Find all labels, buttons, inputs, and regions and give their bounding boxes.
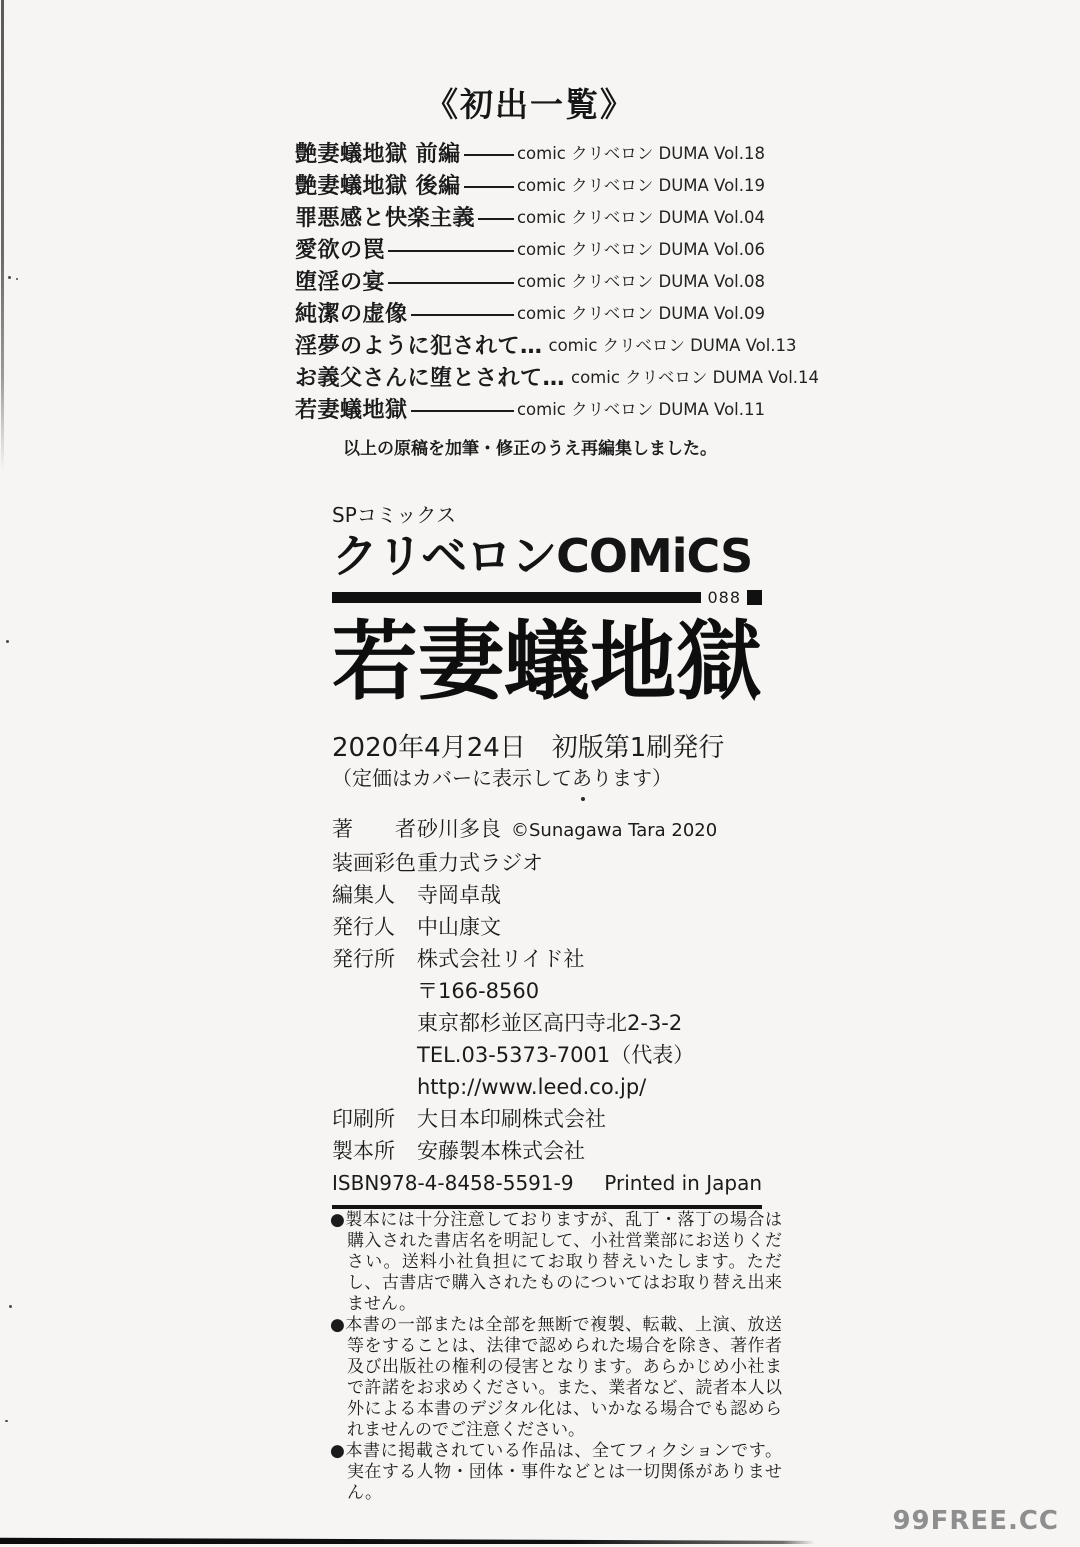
work-source: comic クリベロン DUMA Vol.09 [517,300,765,324]
credit-value: 寺岡卓哉 [417,879,501,911]
credit-value: 株式会社リイド社 [417,943,584,975]
list-item: 堕淫の宴 comic クリベロン DUMA Vol.08 [295,264,765,296]
publisher-postal-code: 〒166-8560 [417,975,762,1007]
series-label-small: SPコミックス [332,503,762,527]
dust-speck [16,278,18,280]
work-title: 罪悪感と快楽主義 [295,201,475,232]
credit-label: 著 者 [332,813,417,845]
site-watermark: 99FREE.CC [892,1506,1059,1536]
edition-date: 2020年4月24日 初版第1刷発行 [332,733,762,763]
dust-speck [6,640,9,643]
dust-speck [8,276,11,279]
isbn-row: ISBN978-4-8458-5591-9 Printed in Japan [332,1167,762,1199]
price-note: （定価はカバーに表示してあります） [332,765,762,791]
list-item: 淫夢のように犯されて… comic クリベロン DUMA Vol.13 [295,328,765,360]
work-source: comic クリベロン DUMA Vol.04 [517,204,765,228]
credit-label: 発行所 [332,943,417,975]
credit-list: 著 者 砂川多良 ©Sunagawa Tara 2020 装画彩色 重力式ラジオ… [332,813,762,1167]
work-title: 堕淫の宴 [295,265,385,296]
credit-row-publisher-person: 発行人 中山康文 [332,911,762,943]
reedit-note: 以上の原稿を加筆・修正のうえ再編集しました。 [295,434,765,459]
credit-label: 編集人 [332,879,417,911]
credit-row-editor: 編集人 寺岡卓哉 [332,879,762,911]
colophon-divider-rule [332,1205,762,1209]
leader-line [388,282,514,284]
work-source: comic クリベロン DUMA Vol.14 [571,364,819,388]
credit-row-publisher-company: 発行所 株式会社リイド社 [332,943,762,975]
work-source: comic クリベロン DUMA Vol.11 [517,396,765,420]
isbn-number: ISBN978-4-8458-5591-9 [332,1167,574,1199]
credit-row-printer: 印刷所 大日本印刷株式会社 [332,1103,762,1135]
credit-value: 砂川多良 [417,813,501,845]
scan-edge-line [1,0,4,470]
list-item: 罪悪感と快楽主義 comic クリベロン DUMA Vol.04 [295,200,765,232]
credit-label: 印刷所 [332,1103,417,1135]
series-number-end-square-icon [747,590,762,605]
credit-value: 大日本印刷株式会社 [417,1103,606,1135]
legal-paragraph-copyright: ●本書の一部または全部を無断で複製、転載、上演、放送等をすることは、法律で認めら… [330,1315,782,1441]
work-source: comic クリベロン DUMA Vol.08 [517,268,765,292]
series-number: 088 [707,588,741,607]
leader-line [388,250,514,252]
work-title: 純潔の虚像 [295,297,408,328]
leader-line [464,154,514,156]
list-item: 艶妻蟻地獄 前編 comic クリベロン DUMA Vol.18 [295,136,765,168]
work-title: 若妻蟻地獄 [295,393,408,424]
work-title: 艶妻蟻地獄 後編 [295,169,461,200]
work-title: 艶妻蟻地獄 前編 [295,137,461,168]
dust-speck [9,1305,12,1308]
leader-line [478,218,514,220]
leader-line [411,410,514,412]
work-source: comic クリベロン DUMA Vol.06 [517,236,765,260]
colophon: SPコミックス クリベロンCOMiCS 088 若妻蟻地獄 2020年4月24日… [332,503,762,1209]
credit-label: 装画彩色 [332,847,417,879]
series-number-bar: 088 [332,590,762,605]
credit-row-author: 著 者 砂川多良 ©Sunagawa Tara 2020 [332,813,762,847]
dust-speck [5,1420,8,1422]
publisher-address: 東京都杉並区高円寺北2-3-2 [417,1007,762,1039]
printed-in-japan: Printed in Japan [604,1167,762,1199]
work-title: 淫夢のように犯されて… [295,329,543,360]
credit-value: 重力式ラジオ [417,847,543,879]
publisher-phone: TEL.03-5373-7001（代表） [417,1039,762,1071]
legal-paragraph-returns: ●製本には十分注意しておりますが、乱丁・落丁の場合は購入された書店名を明記して、… [330,1210,782,1315]
credit-value: 安藤製本株式会社 [417,1135,585,1167]
first-publication-heading: 《初出一覧》 [295,86,765,124]
series-label-large: クリベロンCOMiCS [332,531,762,581]
leader-line [411,314,514,316]
scan-bottom-band [0,1537,815,1544]
credit-label: 発行人 [332,911,417,943]
publisher-address-block: 〒166-8560 東京都杉並区高円寺北2-3-2 TEL.03-5373-70… [417,975,762,1103]
legal-paragraph-fiction: ●本書に掲載されている作品は、全てフィクションです。実在する人物・団体・事件など… [330,1441,782,1504]
list-item: 若妻蟻地獄 comic クリベロン DUMA Vol.11 [295,392,765,424]
series-bar-rule [332,592,701,603]
work-title: お義父さんに堕とされて… [295,361,565,392]
list-item: お義父さんに堕とされて… comic クリベロン DUMA Vol.14 [295,360,765,392]
work-source: comic クリベロン DUMA Vol.18 [517,140,765,164]
credit-row-illustration: 装画彩色 重力式ラジオ [332,847,762,879]
work-source: comic クリベロン DUMA Vol.13 [549,332,797,356]
leader-line [464,186,514,188]
work-title: 愛欲の罠 [295,233,385,264]
credit-label: 製本所 [332,1135,417,1167]
first-publication-list: 《初出一覧》 艶妻蟻地獄 前編 comic クリベロン DUMA Vol.18 … [295,86,765,459]
list-item: 純潔の虚像 comic クリベロン DUMA Vol.09 [295,296,765,328]
colophon-page-scan: 《初出一覧》 艶妻蟻地獄 前編 comic クリベロン DUMA Vol.18 … [0,0,1080,1547]
copyright-notice: ©Sunagawa Tara 2020 [511,815,717,847]
work-source: comic クリベロン DUMA Vol.19 [517,172,765,196]
publisher-url: http://www.leed.co.jp/ [417,1071,762,1103]
list-item: 艶妻蟻地獄 後編 comic クリベロン DUMA Vol.19 [295,168,765,200]
list-item: 愛欲の罠 comic クリベロン DUMA Vol.06 [295,232,765,264]
credit-row-binder: 製本所 安藤製本株式会社 [332,1135,762,1167]
legal-notices: ●製本には十分注意しておりますが、乱丁・落丁の場合は購入された書店名を明記して、… [330,1210,782,1504]
book-title: 若妻蟻地獄 [332,617,762,707]
credit-value: 中山康文 [417,911,501,943]
